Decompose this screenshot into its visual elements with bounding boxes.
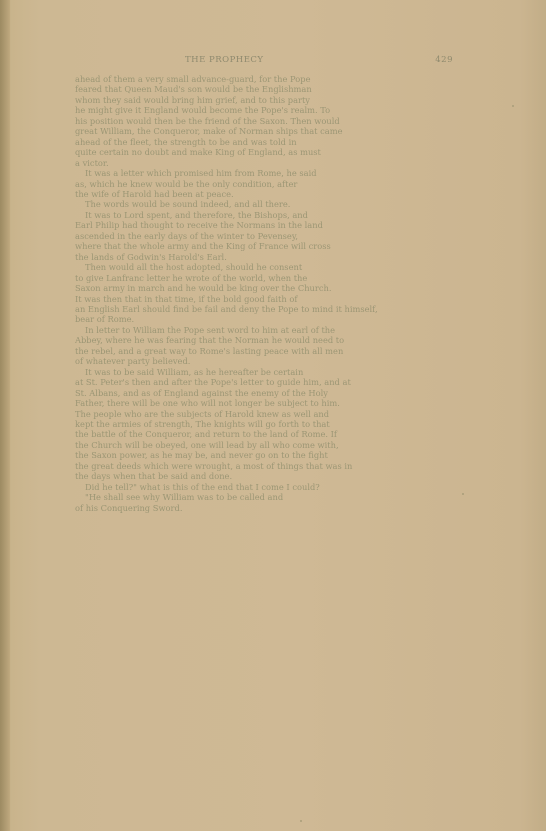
- text-line: ascended in the early days of the winter…: [75, 231, 453, 241]
- running-header: THE PROPHECY 429: [75, 55, 453, 69]
- text-line: ahead of them a very small advance-guard…: [75, 74, 453, 84]
- paper-speck: [300, 820, 302, 822]
- text-line: the rebel, and a great way to Rome's las…: [75, 346, 453, 356]
- text-line: quite certain no doubt and make King of …: [75, 147, 453, 157]
- text-line: he might give it England would become th…: [75, 105, 453, 115]
- text-line: the wife of Harold had been at peace.: [75, 189, 453, 199]
- text-line: Earl Philip had thought to receive the N…: [75, 220, 453, 230]
- text-line: kept the armies of strength, The knights…: [75, 419, 453, 429]
- text-line: the lands of Godwin's Harold's Earl.: [75, 252, 453, 262]
- text-line: great William, the Conqueror, make of No…: [75, 126, 453, 136]
- text-line: at St. Peter's then and after the Pope's…: [75, 377, 453, 387]
- text-line: Father, there will be one who will not l…: [75, 398, 453, 408]
- paper-speck: [462, 493, 464, 495]
- text-line: whom they said would bring him grief, an…: [75, 95, 453, 105]
- text-line: to give Lanfranc letter he wrote of the …: [75, 273, 453, 283]
- text-line: of his Conquering Sword.: [75, 503, 453, 513]
- text-line: In letter to William the Pope sent word …: [75, 325, 453, 335]
- text-line: an English Earl should find be fail and …: [75, 304, 453, 314]
- text-line: feared that Queen Maud's son would be th…: [75, 84, 453, 94]
- book-spine-shadow: [0, 0, 10, 831]
- text-line: as, which he knew would be the only cond…: [75, 179, 453, 189]
- text-line: The people who are the subjects of Harol…: [75, 409, 453, 419]
- text-line: Saxon army in march and he would be king…: [75, 283, 453, 293]
- text-line: It was to be said William, as he hereaft…: [75, 367, 453, 377]
- text-line: the days when that be said and done.: [75, 471, 453, 481]
- text-line: the great deeds which were wrought, a mo…: [75, 461, 453, 471]
- text-line: his position would then be the friend of…: [75, 116, 453, 126]
- text-line: St. Albans, and as of England against th…: [75, 388, 453, 398]
- paper-speck: [512, 105, 514, 107]
- text-line: Did he tell?" what is this of the end th…: [75, 482, 453, 492]
- text-line: ahead of the fleet, the strength to be a…: [75, 137, 453, 147]
- text-line: It was a letter which promised him from …: [75, 168, 453, 178]
- text-line: of whatever party believed.: [75, 356, 453, 366]
- text-line: bear of Rome.: [75, 314, 453, 324]
- text-line: a victor.: [75, 158, 453, 168]
- text-line: the Saxon power, as he may be, and never…: [75, 450, 453, 460]
- text-line: where that the whole army and the King o…: [75, 241, 453, 251]
- running-head-title: THE PROPHECY: [185, 55, 264, 65]
- text-line: the Church will be obeyed, one will lead…: [75, 440, 453, 450]
- text-line: the battle of the Conqueror, and return …: [75, 429, 453, 439]
- text-line: Abbey, where he was fearing that the Nor…: [75, 335, 453, 345]
- page-body-text: ahead of them a very small advance-guard…: [75, 74, 453, 513]
- text-line: It was then that in that time, if the bo…: [75, 294, 453, 304]
- text-line: "He shall see why William was to be call…: [75, 492, 453, 502]
- page-number: 429: [435, 55, 453, 65]
- text-line: The words would be sound indeed, and all…: [75, 199, 453, 209]
- text-line: It was to Lord spent, and therefore, the…: [75, 210, 453, 220]
- text-line: Then would all the host adopted, should …: [75, 262, 453, 272]
